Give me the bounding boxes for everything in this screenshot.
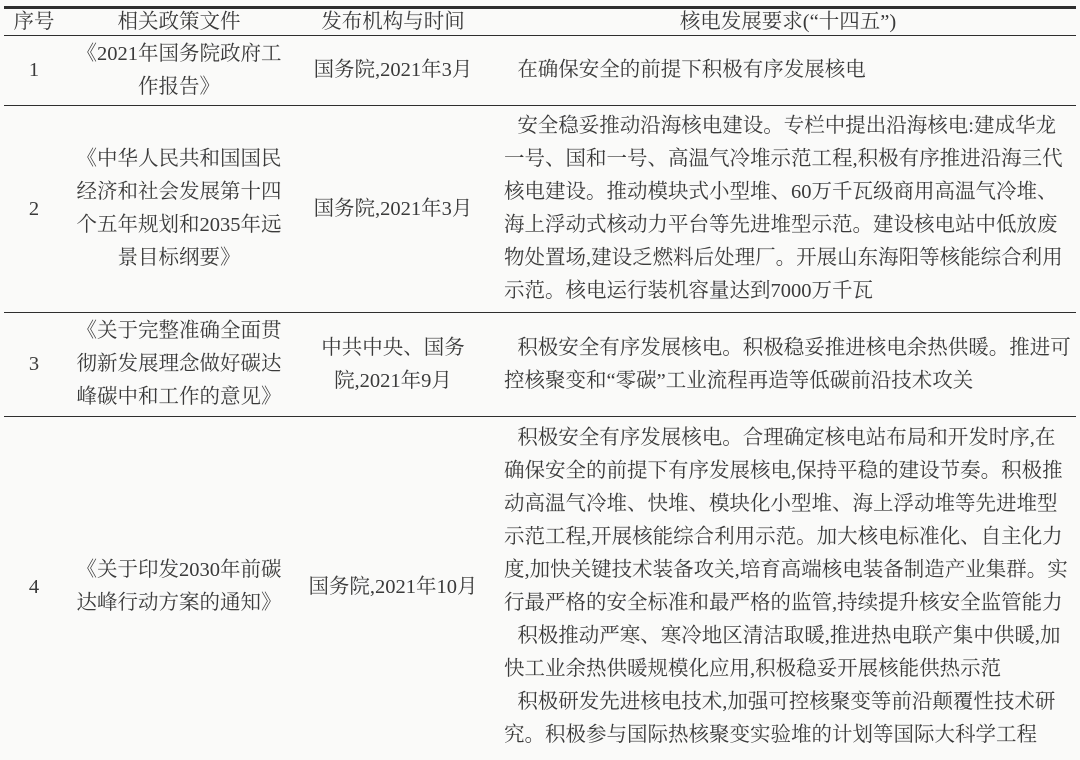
row4-issuer-date: 国务院,2021年10月 (294, 417, 492, 757)
table-row: 3 《关于完整准确全面贯彻新发展理念做好碳达峰碳中和工作的意见》 中共中央、国务… (4, 313, 1076, 417)
table-row: 2 《中华人民共和国国民经济和社会发展第十四个五年规划和2035年远景目标纲要》… (4, 106, 1076, 313)
column-header-issuer-date: 发布机构与时间 (294, 9, 492, 36)
row4-policy-title: 《关于印发2030年前碳达峰行动方案的通知》 (64, 417, 294, 757)
row2-requirement-paragraph: 安全稳妥推动沿海核电建设。专栏中提出沿海核电:建成华龙一号、国和一号、高温气冷堆… (504, 110, 1072, 308)
row4-requirement-paragraph-1: 积极安全有序发展核电。合理确定核电站布局和开发时序,在确保安全的前提下有序发展核… (504, 422, 1072, 620)
row1-seq: 1 (4, 36, 64, 106)
row3-policy-title: 《关于完整准确全面贯彻新发展理念做好碳达峰碳中和工作的意见》 (64, 313, 294, 417)
row4-requirement-paragraph-3: 积极研发先进核电技术,加强可控核聚变等前沿颠覆性技术研究。积极参与国际热核聚变实… (504, 686, 1072, 752)
row4-requirement-paragraph-2: 积极推动严寒、寒冷地区清洁取暖,推进热电联产集中供暖,加快工业余热供暖规模化应用… (504, 620, 1072, 686)
column-header-policy-doc: 相关政策文件 (64, 9, 294, 36)
row2-seq: 2 (4, 106, 64, 313)
row2-issuer-date: 国务院,2021年3月 (294, 106, 492, 313)
row1-requirement: 在确保安全的前提下积极有序发展核电 (492, 36, 1076, 106)
row3-requirement-paragraph: 积极安全有序发展核电。积极稳妥推进核电余热供暖。推进可控核聚变和“零碳”工业流程… (504, 332, 1072, 398)
row2-requirement: 安全稳妥推动沿海核电建设。专栏中提出沿海核电:建成华龙一号、国和一号、高温气冷堆… (492, 106, 1076, 313)
column-header-requirement: 核电发展要求(“十四五”) (492, 9, 1076, 36)
table-row: 4 《关于印发2030年前碳达峰行动方案的通知》 国务院,2021年10月 积极… (4, 417, 1076, 757)
row3-seq: 3 (4, 313, 64, 417)
table-header-row: 序号 相关政策文件 发布机构与时间 核电发展要求(“十四五”) (4, 9, 1076, 36)
row3-requirement: 积极安全有序发展核电。积极稳妥推进核电余热供暖。推进可控核聚变和“零碳”工业流程… (492, 313, 1076, 417)
row2-policy-title: 《中华人民共和国国民经济和社会发展第十四个五年规划和2035年远景目标纲要》 (64, 106, 294, 313)
row1-requirement-paragraph: 在确保安全的前提下积极有序发展核电 (504, 54, 1072, 87)
policy-table: 序号 相关政策文件 发布机构与时间 核电发展要求(“十四五”) 1 《2021年… (4, 6, 1076, 757)
row3-issuer-date: 中共中央、国务院,2021年9月 (294, 313, 492, 417)
row4-requirement: 积极安全有序发展核电。合理确定核电站布局和开发时序,在确保安全的前提下有序发展核… (492, 417, 1076, 757)
column-header-seq: 序号 (4, 9, 64, 36)
row1-policy-title: 《2021年国务院政府工作报告》 (64, 36, 294, 106)
table-row: 1 《2021年国务院政府工作报告》 国务院,2021年3月 在确保安全的前提下… (4, 36, 1076, 106)
row1-issuer-date: 国务院,2021年3月 (294, 36, 492, 106)
row4-seq: 4 (4, 417, 64, 757)
